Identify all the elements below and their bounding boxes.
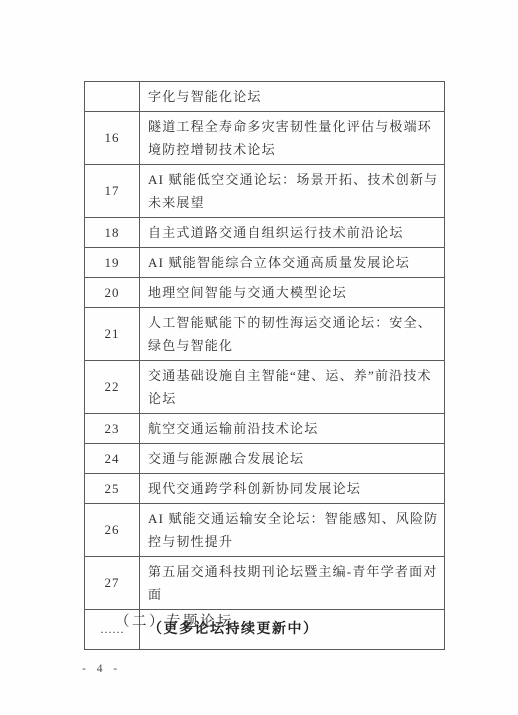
section-heading: （二）专题论坛 (115, 610, 234, 631)
row-number-cell: 19 (85, 248, 140, 278)
row-number-cell: 24 (85, 444, 140, 474)
row-number-cell: 20 (85, 278, 140, 308)
forum-title-cell: 交通与能源融合发展论坛 (140, 444, 445, 474)
table-row: 21 人工智能赋能下的韧性海运交通论坛：安全、绿色与智能化 (85, 308, 445, 361)
table-row: 22 交通基础设施自主智能“建、运、养”前沿技术论坛 (85, 361, 445, 414)
forum-title-cell: 字化与智能化论坛 (140, 82, 445, 112)
forum-title-cell: AI 赋能智能综合立体交通高质量发展论坛 (140, 248, 445, 278)
row-number-cell: 23 (85, 414, 140, 444)
table-row: 18 自主式道路交通自组织运行技术前沿论坛 (85, 218, 445, 248)
table-row: 25 现代交通跨学科创新协同发展论坛 (85, 474, 445, 504)
row-number-cell: 17 (85, 165, 140, 218)
row-number-cell (85, 82, 140, 112)
row-number-cell: 16 (85, 112, 140, 165)
forum-title-cell: AI 赋能交通运输安全论坛：智能感知、风险防控与韧性提升 (140, 504, 445, 557)
forum-title-cell: AI 赋能低空交通论坛：场景开拓、技术创新与未来展望 (140, 165, 445, 218)
table-row: 24 交通与能源融合发展论坛 (85, 444, 445, 474)
table-row: 17 AI 赋能低空交通论坛：场景开拓、技术创新与未来展望 (85, 165, 445, 218)
forum-table-body: 字化与智能化论坛 16 隧道工程全寿命多灾害韧性量化评估与极端环境防控增韧技术论… (85, 82, 445, 650)
table-row: 20 地理空间智能与交通大模型论坛 (85, 278, 445, 308)
forum-title-cell: 地理空间智能与交通大模型论坛 (140, 278, 445, 308)
row-number-cell: 22 (85, 361, 140, 414)
forum-title-cell: 隧道工程全寿命多灾害韧性量化评估与极端环境防控增韧技术论坛 (140, 112, 445, 165)
page-number: - 4 - (82, 663, 121, 675)
forum-title-cell: 交通基础设施自主智能“建、运、养”前沿技术论坛 (140, 361, 445, 414)
row-number-cell: 18 (85, 218, 140, 248)
forum-title-cell: 人工智能赋能下的韧性海运交通论坛：安全、绿色与智能化 (140, 308, 445, 361)
table-row: 19 AI 赋能智能综合立体交通高质量发展论坛 (85, 248, 445, 278)
table-row: 字化与智能化论坛 (85, 82, 445, 112)
row-number-cell: 26 (85, 504, 140, 557)
row-number-cell: 27 (85, 557, 140, 610)
table-row: 23 航空交通运输前沿技术论坛 (85, 414, 445, 444)
forum-title-cell: 现代交通跨学科创新协同发展论坛 (140, 474, 445, 504)
forum-list-table: 字化与智能化论坛 16 隧道工程全寿命多灾害韧性量化评估与极端环境防控增韧技术论… (84, 81, 445, 650)
scanned-document-page: 字化与智能化论坛 16 隧道工程全寿命多灾害韧性量化评估与极端环境防控增韧技术论… (0, 0, 518, 715)
table-row: 27 第五届交通科技期刊论坛暨主编-青年学者面对面 (85, 557, 445, 610)
row-number-cell: 21 (85, 308, 140, 361)
forum-title-cell: 航空交通运输前沿技术论坛 (140, 414, 445, 444)
forum-title-cell: 自主式道路交通自组织运行技术前沿论坛 (140, 218, 445, 248)
forum-title-cell: 第五届交通科技期刊论坛暨主编-青年学者面对面 (140, 557, 445, 610)
table-row: 16 隧道工程全寿命多灾害韧性量化评估与极端环境防控增韧技术论坛 (85, 112, 445, 165)
table-row: 26 AI 赋能交通运输安全论坛：智能感知、风险防控与韧性提升 (85, 504, 445, 557)
row-number-cell: 25 (85, 474, 140, 504)
